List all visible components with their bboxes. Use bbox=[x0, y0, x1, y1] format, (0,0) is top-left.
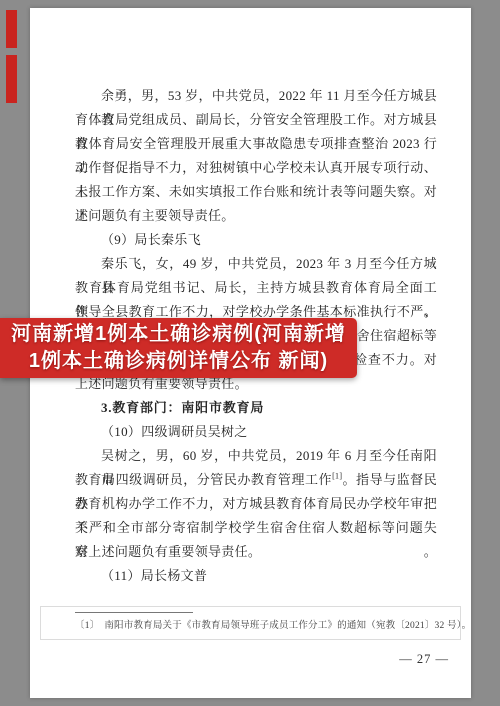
overlay-title-banner[interactable]: 河南新增1例本土确诊病例(河南新增 1例本土确诊病例详情公布 新闻) bbox=[0, 318, 357, 378]
overlay-title-line-2: 1例本土确诊病例详情公布 新闻) bbox=[29, 348, 328, 375]
footnote-text: 〔1〕南阳市教育局关于《市教育局领导班子成员工作分工》的通知（宛教〔2021〕3… bbox=[75, 619, 445, 633]
body-line: 述问题负有主要领导责任。 bbox=[75, 204, 437, 228]
section-heading: 3.教育部门：南阳市教育局 bbox=[75, 396, 437, 420]
footnote-marker: 〔1〕 bbox=[75, 621, 99, 631]
body-line: 教育机构办学工作不力，对方城县教育体育局民办学校年审把关 bbox=[75, 492, 437, 516]
body-line: 余勇，男，53 岁，中共党员，2022 年 11 月至今任方城县教 bbox=[75, 84, 437, 108]
body-line: 育体育局党组成员、副局长，分管安全管理股工作。对方城县教 bbox=[75, 108, 437, 132]
body-line: 教育体育局党组书记、局长，主持方城县教育体育局全面工作。 bbox=[75, 276, 437, 300]
body-line: 教育局四级调研员，分管民办教育管理工作[1]。指导与监督民办 bbox=[75, 468, 437, 492]
body-line: 不严和全市部分寄宿制学校学生宿舍住宿人数超标等问题失察。 bbox=[75, 516, 437, 540]
red-bookmark-bar-bottom bbox=[6, 55, 17, 103]
body-line-segment: 教育局四级调研员，分管民办教育管理工作 bbox=[75, 472, 332, 487]
body-line: （9）局长秦乐飞 bbox=[75, 228, 437, 252]
footnote-divider bbox=[75, 612, 193, 613]
body-line: 吴树之，男，60 岁，中共党员，2019 年 6 月至今任南阳市 bbox=[75, 444, 437, 468]
footnote-ref-marker: [1] bbox=[332, 472, 342, 481]
footnote-body: 南阳市教育局关于《市教育局领导班子成员工作分工》的通知（宛教〔2021〕32 号… bbox=[104, 621, 471, 631]
document-viewer-background: 余勇，男，53 岁，中共党员，2022 年 11 月至今任方城县教 育体育局党组… bbox=[0, 0, 500, 706]
body-line: 秦乐飞，女，49 岁，中共党员，2023 年 3 月至今任方城县 bbox=[75, 252, 437, 276]
body-line: （10）四级调研员吴树之 bbox=[75, 420, 437, 444]
overlay-title-line-1: 河南新增1例本土确诊病例(河南新增 bbox=[11, 321, 346, 348]
body-line: 育体育局安全管理股开展重大事故隐患专项排查整治 2023 行动 bbox=[75, 132, 437, 156]
body-line: 上报工作方案、未如实填报工作台账和统计表等问题失察。对上 bbox=[75, 180, 437, 204]
body-line: 工作督促指导不力，对独树镇中心学校未认真开展专项行动、未 bbox=[75, 156, 437, 180]
red-bookmark-bar-top bbox=[6, 10, 17, 48]
page-number: — 27 — bbox=[399, 652, 449, 667]
body-line: （11）局长杨文普 bbox=[75, 564, 437, 588]
